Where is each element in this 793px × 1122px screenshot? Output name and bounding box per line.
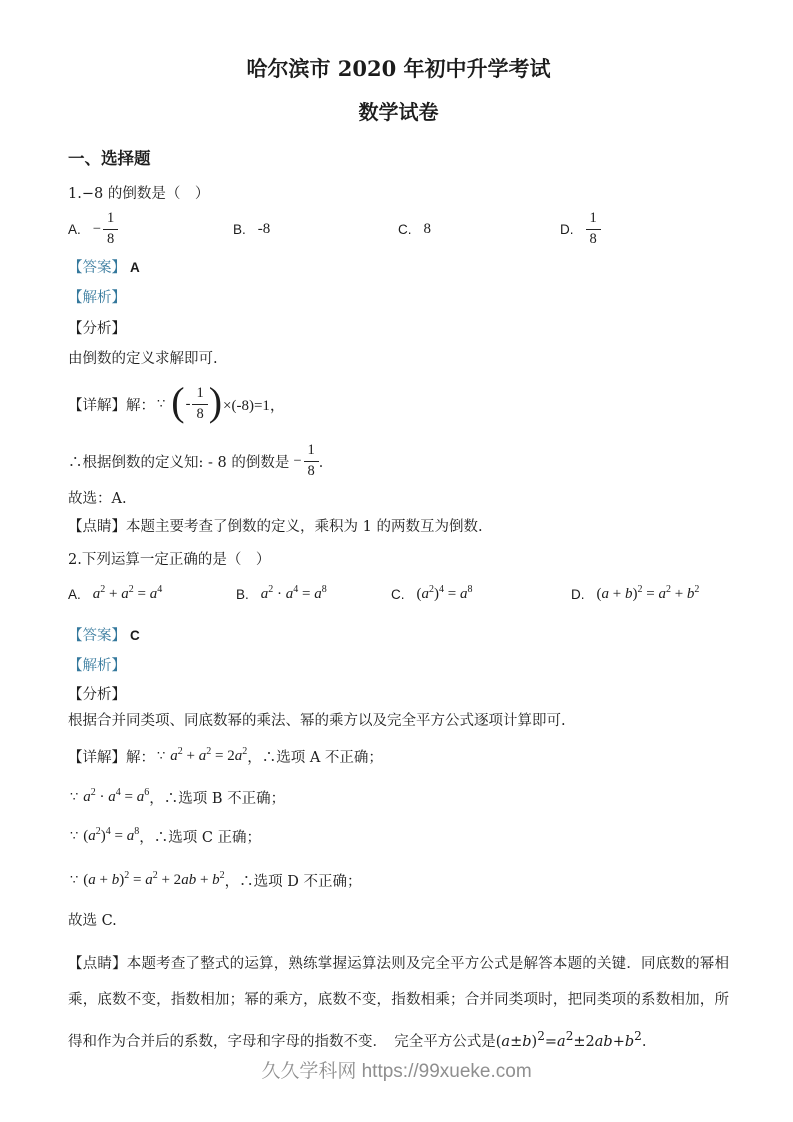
page-title: 哈尔滨市 2020 年初中升学考试 xyxy=(68,54,729,84)
fraction-denominator: 8 xyxy=(590,230,597,247)
fraction: 1 8 xyxy=(586,211,601,246)
fraction: 1 8 xyxy=(192,386,207,421)
option-value: -8 xyxy=(258,221,271,238)
option-label-b: B. xyxy=(236,587,249,602)
detail-formula: (a2)4 = a8 xyxy=(83,828,139,845)
q1-stem: 1.−8 的倒数是（ ） xyxy=(68,184,729,204)
detail-verdict: ，∴选项 B 不正确； xyxy=(149,787,285,808)
minus-sign: − xyxy=(93,221,101,238)
detail-formula: a2 · a4 = a6 xyxy=(83,789,149,806)
q2-option-a: A. a2 + a2 = a4 xyxy=(68,586,236,603)
option-label-d: D. xyxy=(560,222,574,237)
answer-label: 【答案】 xyxy=(68,628,126,644)
option-formula: a2 + a2 = a4 xyxy=(93,586,162,603)
footer-site-link[interactable]: 久久学科网 https://99xueke.com xyxy=(261,1061,531,1082)
option-label-a: A. xyxy=(68,587,81,602)
q2-detail-line-1: 【详解】解： ∵ a2 + a2 = 2a2 ，∴选项 A 不正确； xyxy=(68,746,729,767)
detail-formula: (a + b)2 = a2 + 2ab + b2 xyxy=(83,872,224,889)
page-subtitle: 数学试卷 xyxy=(68,98,729,126)
q1-dianjing: 【点睛】本题主要考查了倒数的定义，乘积为 1 的两数互为倒数. xyxy=(68,517,729,537)
q2-options: A. a2 + a2 = a4 B. a2 · a4 = a8 C. (a2)4… xyxy=(68,580,729,608)
q1-option-a: A. − 1 8 xyxy=(68,211,233,246)
option-label-d: D. xyxy=(571,587,585,602)
detail-prefix: 【详解】解： xyxy=(68,394,155,415)
option-formula: (a2)4 = a8 xyxy=(417,586,473,603)
therefore-period: ． xyxy=(319,451,334,472)
answer-label: 【答案】 xyxy=(68,260,126,276)
answer-value: A xyxy=(130,260,140,275)
fraction-denominator: 8 xyxy=(107,230,114,247)
option-formula: (a + b)2 = a2 + b2 xyxy=(597,586,700,603)
q1-conclusion: 故选：A. xyxy=(68,489,729,509)
minus-sign: − xyxy=(293,453,301,470)
option-label-c: C. xyxy=(391,587,405,602)
detail-formula: a2 + a2 = 2a2 xyxy=(170,748,247,765)
fraction-numerator: 1 xyxy=(103,211,118,229)
q2-detail-line-3: ∵ (a2)4 = a8 ，∴选项 C 正确； xyxy=(68,823,729,849)
q1-detail-line: 【详解】解： ∵ ( - 1 8 ) ×(-8)=1， xyxy=(68,379,729,429)
q1-option-c: C. 8 xyxy=(398,221,560,238)
because-symbol: ∵ xyxy=(70,873,78,888)
because-symbol: ∵ xyxy=(157,749,165,764)
because-symbol: ∵ xyxy=(70,790,78,805)
fraction-numerator: 1 xyxy=(586,211,601,229)
therefore-text: ∴根据倒数的定义知: - 8 的倒数是 xyxy=(68,451,289,472)
q2-dianjing: 【点睛】本题考查了整式的运算，熟练掌握运算法则及完全平方公式是解答本题的关键．同… xyxy=(68,946,729,1060)
detail-verdict: ，∴选项 D 不正确； xyxy=(225,870,362,891)
footer-watermark: 久久学科网 https://99xueke.com xyxy=(0,1056,793,1083)
fraction: 1 8 xyxy=(103,211,118,246)
fraction-denominator: 8 xyxy=(308,462,315,479)
q2-fenxi-text: 根据合并同类项、同底数幂的乘法、幂的乘方以及完全平方公式逐项计算即可. xyxy=(68,711,729,731)
option-formula: a2 · a4 = a8 xyxy=(261,586,327,603)
q1-jiexi-label: 【解析】 xyxy=(68,288,729,308)
minus-sign: - xyxy=(186,396,191,413)
detail-suffix: ×(-8)=1， xyxy=(223,394,285,415)
detail-verdict: ，∴选项 A 不正确； xyxy=(247,746,383,767)
q1-fenxi-text: 由倒数的定义求解即可. xyxy=(68,349,729,369)
q1-option-d: D. 1 8 xyxy=(560,211,601,246)
q1-option-b: B. -8 xyxy=(233,221,398,238)
q2-fenxi-label: 【分析】 xyxy=(68,685,729,705)
option-value: 8 xyxy=(424,221,432,238)
option-label-a: A. xyxy=(68,222,81,237)
detail-verdict: ，∴选项 C 正确； xyxy=(139,826,261,847)
detail-prefix: 【详解】解： xyxy=(68,746,155,767)
fraction-denominator: 8 xyxy=(196,405,203,422)
fraction-numerator: 1 xyxy=(192,386,207,404)
q1-options: A. − 1 8 B. -8 C. 8 D. 1 8 xyxy=(68,208,729,250)
q2-option-d: D. (a + b)2 = a2 + b2 xyxy=(571,586,699,603)
q2-option-b: B. a2 · a4 = a8 xyxy=(236,586,391,603)
q2-detail-line-4: ∵ (a + b)2 = a2 + 2ab + b2 ，∴选项 D 不正确； xyxy=(68,867,729,893)
q2-conclusion: 故选 C. xyxy=(68,911,729,931)
fraction: 1 8 xyxy=(304,443,319,478)
q1-therefore-line: ∴根据倒数的定义知: - 8 的倒数是 − 1 8 ． xyxy=(68,437,729,485)
q1-answer-line: 【答案】A xyxy=(68,258,729,278)
answer-value: C xyxy=(130,628,140,643)
q2-detail-line-2: ∵ a2 · a4 = a6 ，∴选项 B 不正确； xyxy=(68,787,729,808)
q1-fenxi-label: 【分析】 xyxy=(68,319,729,339)
option-label-c: C. xyxy=(398,222,412,237)
q2-answer-line: 【答案】C xyxy=(68,626,729,646)
because-symbol: ∵ xyxy=(157,397,165,412)
option-label-b: B. xyxy=(233,222,246,237)
fraction-numerator: 1 xyxy=(304,443,319,461)
section-heading-choice: 一、选择题 xyxy=(68,148,729,170)
because-symbol: ∵ xyxy=(70,829,78,844)
q2-option-c: C. (a2)4 = a8 xyxy=(391,586,571,603)
q2-stem: 2.下列运算一定正确的是（ ） xyxy=(68,550,729,570)
q2-jiexi-label: 【解析】 xyxy=(68,656,729,676)
exam-document: 哈尔滨市 2020 年初中升学考试 数学试卷 一、选择题 1.−8 的倒数是（ … xyxy=(0,0,793,1059)
